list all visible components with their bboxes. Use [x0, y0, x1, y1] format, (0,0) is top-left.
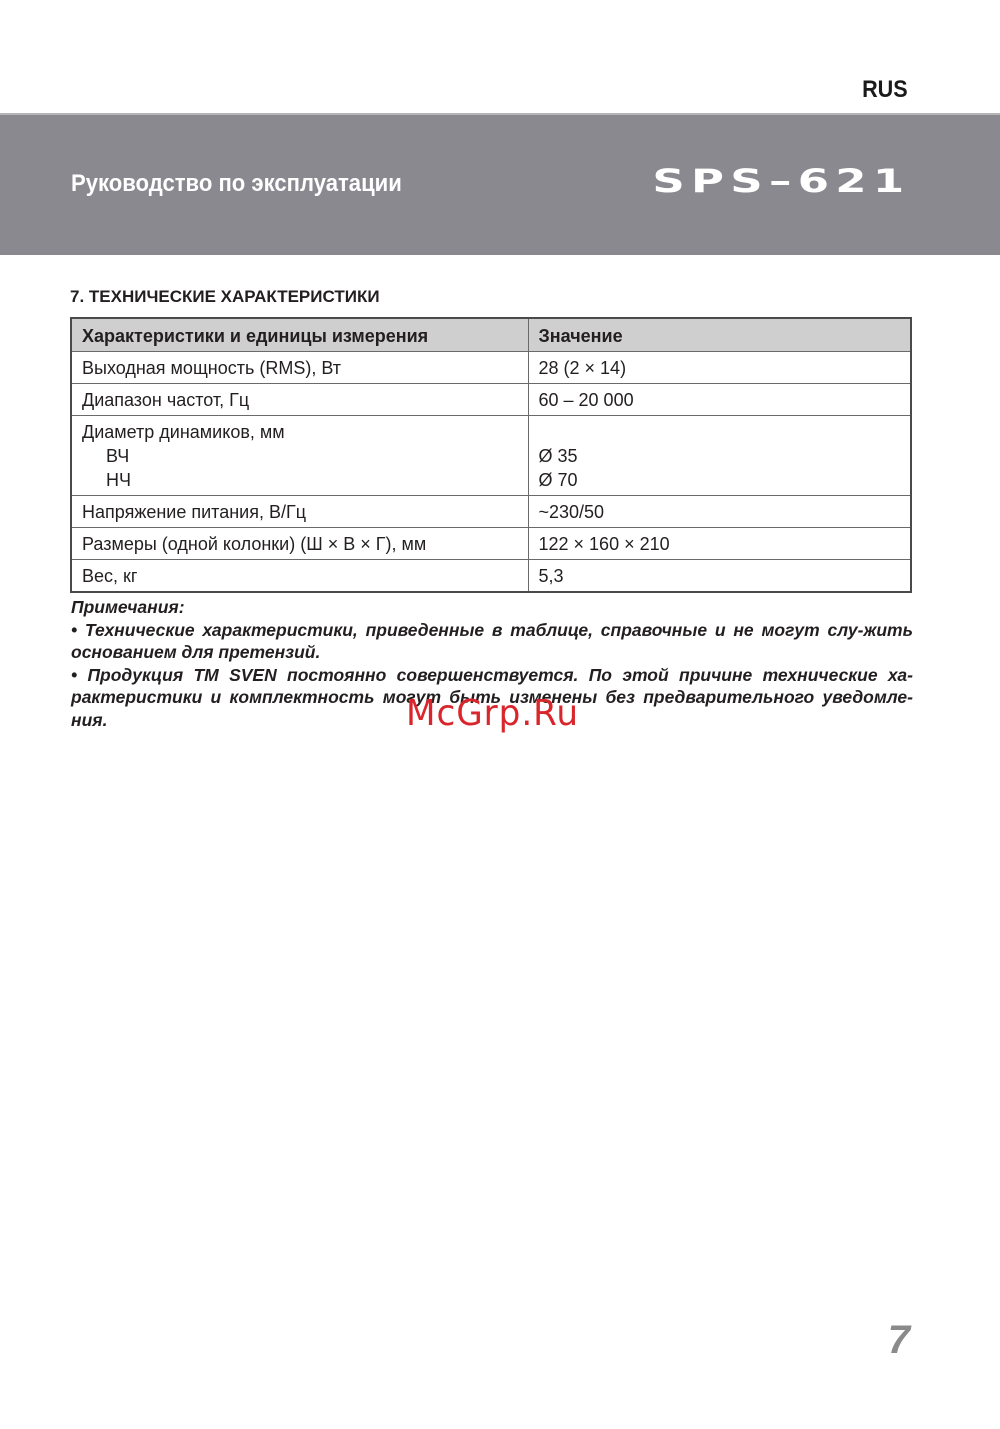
spec-subname: НЧ	[82, 468, 518, 492]
spec-name: Размеры (одной колонки) (Ш × В × Г), мм	[71, 528, 528, 560]
spec-value	[539, 420, 901, 444]
header-value: Значение	[528, 318, 911, 352]
header-characteristics: Характеристики и единицы измерения	[71, 318, 528, 352]
section-title: 7. ТЕХНИЧЕСКИЕ ХАРАКТЕРИСТИКИ	[70, 287, 380, 307]
spec-name: Диапазон частот, Гц	[71, 384, 528, 416]
spec-subname: ВЧ	[82, 444, 518, 468]
spec-name: Диаметр динамиков, мм	[82, 420, 518, 444]
spec-value-group: Ø 35 Ø 70	[528, 416, 911, 496]
table-row: Диаметр динамиков, мм ВЧ НЧ Ø 35 Ø 70	[71, 416, 911, 496]
spec-name: Выходная мощность (RMS), Вт	[71, 352, 528, 384]
notes-title: Примечания:	[71, 596, 913, 619]
spec-subvalue: Ø 70	[539, 468, 901, 492]
spec-subvalue: Ø 35	[539, 444, 901, 468]
table-row: Напряжение питания, В/Гц ~230/50	[71, 496, 911, 528]
model-name: SPS–621	[652, 163, 910, 200]
spec-name: Вес, кг	[71, 560, 528, 593]
spec-name-group: Диаметр динамиков, мм ВЧ НЧ	[71, 416, 528, 496]
spec-value: 5,3	[528, 560, 911, 593]
table-row: Размеры (одной колонки) (Ш × В × Г), мм …	[71, 528, 911, 560]
table-row: Выходная мощность (RMS), Вт 28 (2 × 14)	[71, 352, 911, 384]
watermark: McGrp.Ru	[406, 693, 579, 734]
manual-title: Руководство по эксплуатации	[71, 170, 402, 198]
table-header-row: Характеристики и единицы измерения Значе…	[71, 318, 911, 352]
spec-name: Напряжение питания, В/Гц	[71, 496, 528, 528]
note-item: • Технические характеристики, приведенны…	[71, 619, 913, 664]
spec-value: 60 – 20 000	[528, 384, 911, 416]
language-label: RUS	[862, 76, 908, 104]
header-banner: Руководство по эксплуатации SPS–621	[0, 113, 1000, 255]
specs-table: Характеристики и единицы измерения Значе…	[70, 317, 912, 593]
spec-value: 122 × 160 × 210	[528, 528, 911, 560]
spec-value: 28 (2 × 14)	[528, 352, 911, 384]
page-number: 7	[888, 1318, 910, 1363]
table-row: Диапазон частот, Гц 60 – 20 000	[71, 384, 911, 416]
spec-value: ~230/50	[528, 496, 911, 528]
table-row: Вес, кг 5,3	[71, 560, 911, 593]
